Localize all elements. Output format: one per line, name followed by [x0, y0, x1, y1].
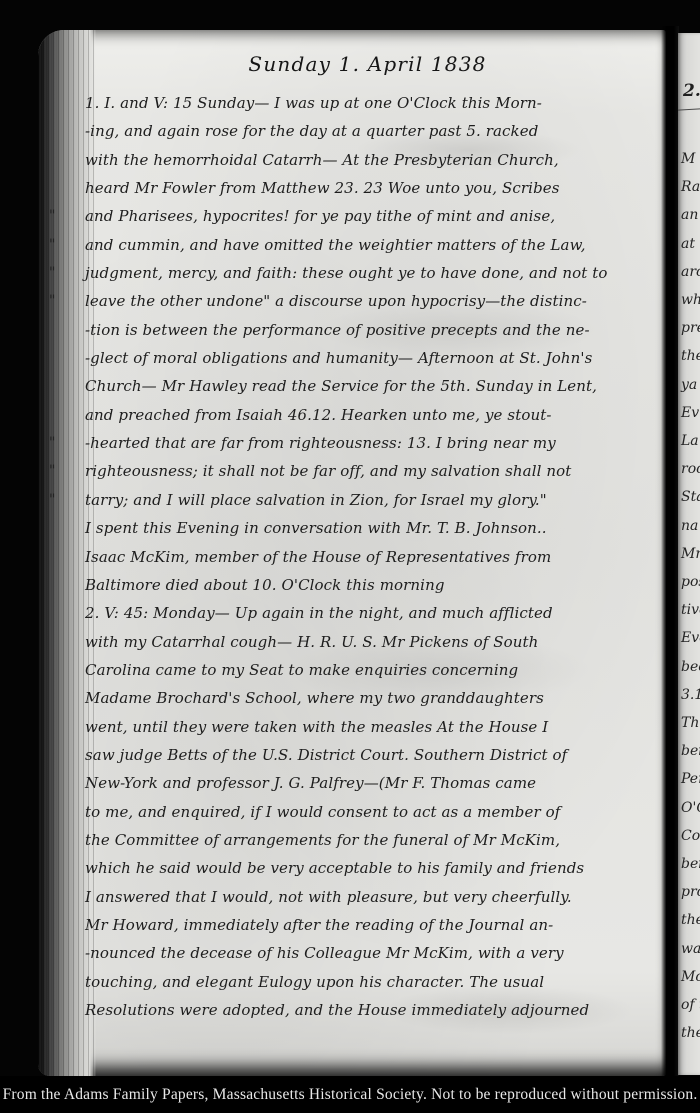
manuscript-line: to me, and enquired, if I would consent … — [85, 798, 650, 826]
manuscript-line: with the hemorrhoidal Catarrh— At the Pr… — [85, 146, 650, 174]
text-fragment: the — [681, 342, 700, 370]
next-page-number: 2. — [683, 81, 700, 101]
document-scan: Sunday 1. April 1838 1. I. and V: 15 Sun… — [0, 0, 700, 1113]
manuscript-line: the Committee of arrangements for the fu… — [85, 826, 650, 854]
margin-quote-mark: " — [49, 457, 56, 485]
manuscript-lines: 1. I. and V: 15 Sunday— I was up at one … — [85, 89, 650, 1024]
manuscript-line: and preached from Isaiah 46.12. Hearken … — [85, 401, 650, 429]
text-fragment: The — [681, 709, 700, 737]
text-fragment: na — [681, 512, 700, 540]
manuscript-line: -tion is between the performance of posi… — [85, 316, 650, 344]
text-fragment: Com — [681, 822, 700, 850]
next-page-fragments: MRaanatarowhpretheyaEvLarooStanaMrpostiv… — [681, 145, 700, 1048]
attribution-bar: From the Adams Family Papers, Massachuse… — [0, 1076, 700, 1113]
margin-quote-mark: " — [49, 259, 56, 287]
manuscript-line: -nounced the decease of his Colleague Mr… — [85, 939, 650, 967]
manuscript-line: touching, and elegant Eulogy upon his ch… — [85, 968, 650, 996]
margin-quote-mark: " — [49, 231, 56, 259]
text-fragment: La — [681, 427, 700, 455]
manuscript-line: I answered that I would, not with pleasu… — [85, 883, 650, 911]
margin-quote-mark: " — [49, 429, 56, 457]
manuscript-line: New-York and professor J. G. Palfrey—(Mr… — [85, 769, 650, 797]
text-fragment: the — [681, 1019, 700, 1047]
manuscript-line: Isaac McKim, member of the House of Repr… — [85, 543, 650, 571]
book-gutter — [661, 26, 679, 1082]
manuscript-line: Baltimore died about 10. O'Clock this mo… — [85, 571, 650, 599]
manuscript-line: "judgment, mercy, and faith: these ought… — [85, 259, 650, 287]
text-fragment: pre — [681, 314, 700, 342]
manuscript-line: Madame Brochard's School, where my two g… — [85, 684, 650, 712]
manuscript-line: Mr Howard, immediately after the reading… — [85, 911, 650, 939]
attribution-text: From the Adams Family Papers, Massachuse… — [3, 1086, 698, 1104]
text-fragment: Ra — [681, 173, 700, 201]
manuscript-line: 2. V: 45: Monday— Up again in the night,… — [85, 599, 650, 627]
manuscript-line: which he said would be very acceptable t… — [85, 854, 650, 882]
manuscript-line: -glect of moral obligations and humanity… — [85, 344, 650, 372]
manuscript-line: Carolina came to my Seat to make enquiri… — [85, 656, 650, 684]
text-fragment: Mor — [681, 963, 700, 991]
manuscript-line: with my Catarrhal cough— H. R. U. S. Mr … — [85, 628, 650, 656]
text-fragment: was — [681, 935, 700, 963]
manuscript-line: heard Mr Fowler from Matthew 23. 23 Woe … — [85, 174, 650, 202]
text-fragment: 3.1 — [681, 681, 700, 709]
text-fragment: an — [681, 201, 700, 229]
text-fragment: aro — [681, 258, 700, 286]
text-fragment: at — [681, 230, 700, 258]
manuscript-line: I spent this Evening in conversation wit… — [85, 514, 650, 542]
manuscript-line: -ing, and again rose for the day at a qu… — [85, 117, 650, 145]
manuscript-line: "tarry; and I will place salvation in Zi… — [85, 486, 650, 514]
margin-quote-mark: " — [49, 287, 56, 315]
text-fragment: the S — [681, 906, 700, 934]
text-fragment: ya — [681, 371, 700, 399]
text-fragment: bec — [681, 653, 700, 681]
text-fragment: M — [681, 145, 700, 173]
manuscript-line: saw judge Betts of the U.S. District Cou… — [85, 741, 650, 769]
manuscript-line: "-hearted that are far from righteousnes… — [85, 429, 650, 457]
manuscript-content: Sunday 1. April 1838 1. I. and V: 15 Sun… — [85, 52, 650, 1024]
diary-left-page: Sunday 1. April 1838 1. I. and V: 15 Sun… — [38, 30, 666, 1076]
manuscript-line: "righteousness; it shall not be far off,… — [85, 457, 650, 485]
margin-quote-mark: " — [49, 202, 56, 230]
text-fragment: bei — [681, 737, 700, 765]
manuscript-line: "and cummin, and have omitted the weight… — [85, 231, 650, 259]
manuscript-line: Resolutions were adopted, and the House … — [85, 996, 650, 1024]
next-page-rule — [678, 108, 700, 110]
entry-date-heading: Sunday 1. April 1838 — [85, 52, 650, 76]
manuscript-line: went, until they were taken with the mea… — [85, 713, 650, 741]
manuscript-line: "leave the other undone" a discourse upo… — [85, 287, 650, 315]
text-fragment: Evo — [681, 624, 700, 652]
text-fragment: Mr — [681, 540, 700, 568]
margin-quote-mark: " — [49, 486, 56, 514]
text-fragment: of th — [681, 991, 700, 1019]
next-page-sliver: 2. MRaanatarowhpretheyaEvLarooStanaMrpos… — [678, 33, 700, 1075]
text-fragment: tive — [681, 596, 700, 624]
text-fragment: proc — [681, 878, 700, 906]
manuscript-line: Church— Mr Hawley read the Service for t… — [85, 372, 650, 400]
text-fragment: pos — [681, 568, 700, 596]
text-fragment: O'Cl — [681, 794, 700, 822]
manuscript-line: "and Pharisees, hypocrites! for ye pay t… — [85, 202, 650, 230]
manuscript-line: 1. I. and V: 15 Sunday— I was up at one … — [85, 89, 650, 117]
text-fragment: Ev — [681, 399, 700, 427]
text-fragment: Per — [681, 765, 700, 793]
text-fragment: bei — [681, 850, 700, 878]
text-fragment: wh — [681, 286, 700, 314]
text-fragment: roo — [681, 455, 700, 483]
text-fragment: Sta — [681, 483, 700, 511]
